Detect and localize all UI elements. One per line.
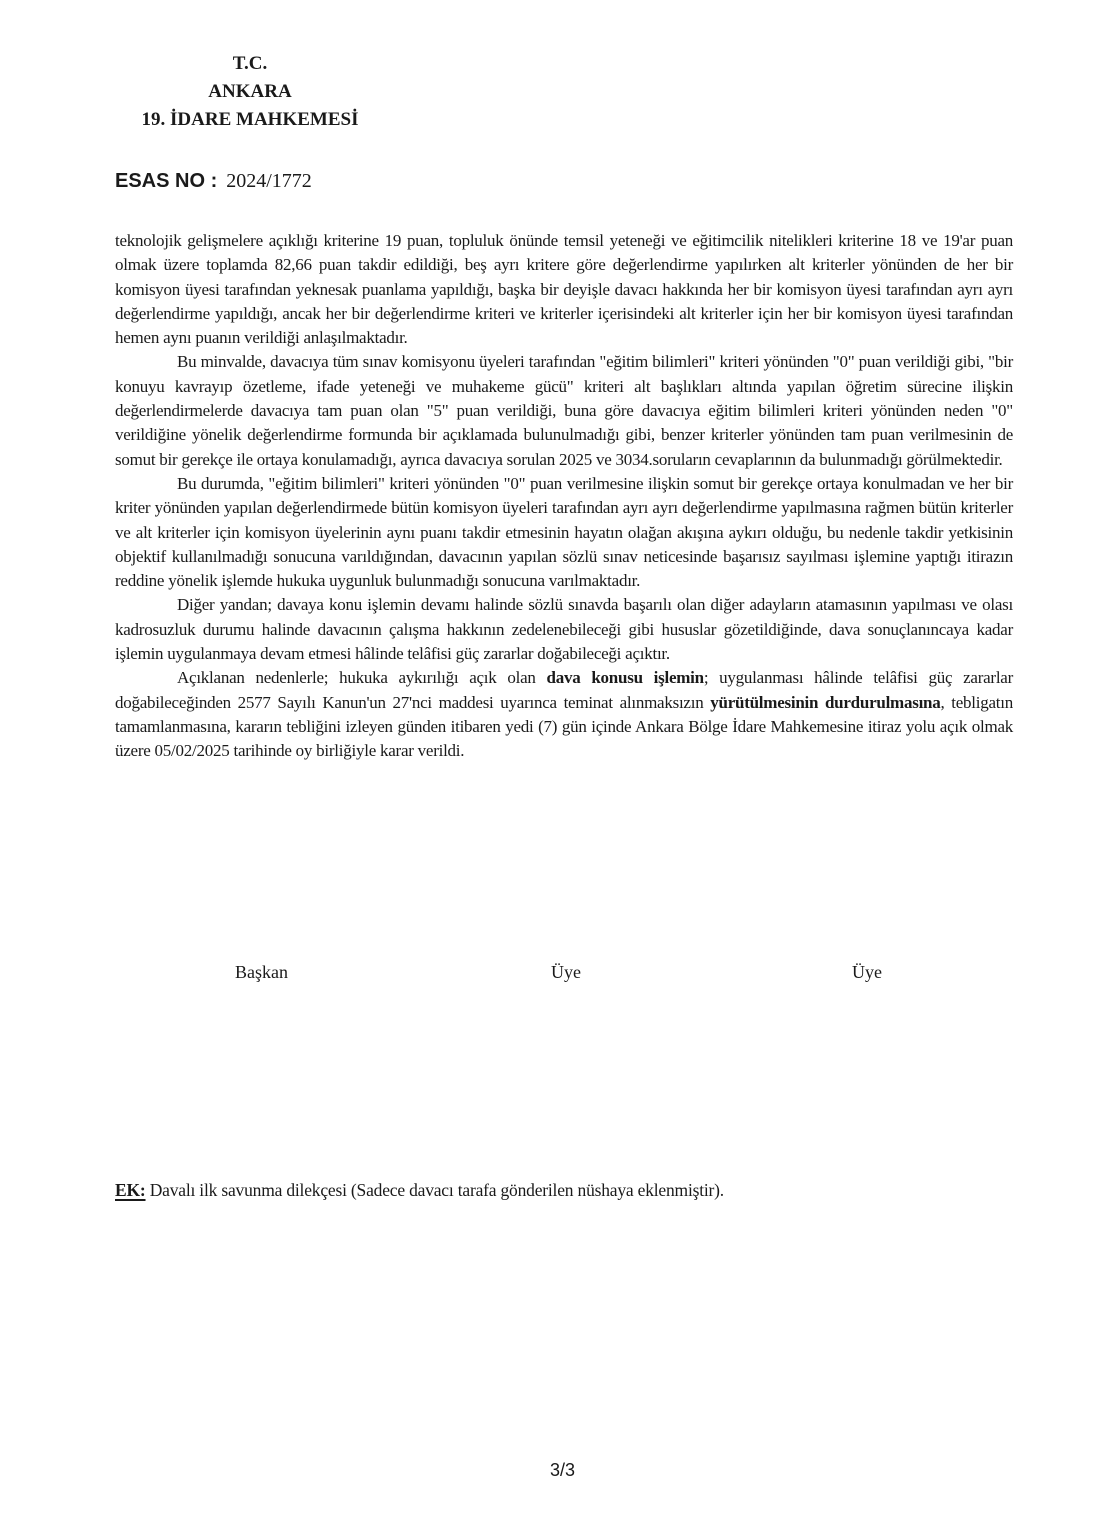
signature-president: Başkan — [235, 962, 288, 983]
case-number-label: ESAS NO : — [115, 170, 217, 192]
ruling-stay-bold: yürütülmesinin durdurulmasına — [710, 693, 940, 712]
ruling-subject-bold: dava konusu işlemin — [547, 668, 704, 687]
signature-member-1: Üye — [551, 962, 581, 983]
header-tc: T.C. — [110, 50, 390, 78]
header-court-name: 19. İDARE MAHKEMESİ — [110, 106, 390, 134]
paragraph-5-ruling: Açıklanan nedenlerle; hukuka aykırılığı … — [115, 666, 1013, 763]
paragraph-4: Diğer yandan; davaya konu işlemin devamı… — [115, 593, 1013, 666]
header-city: ANKARA — [110, 78, 390, 106]
annex-text: Davalı ilk savunma dilekçesi (Sadece dav… — [146, 1180, 724, 1200]
decision-body: teknolojik gelişmelere açıklığı kriterin… — [115, 229, 1013, 764]
paragraph-2: Bu minvalde, davacıya tüm sınav komisyon… — [115, 350, 1013, 471]
annex-label: EK: — [115, 1180, 146, 1200]
annex-note: EK: Davalı ilk savunma dilekçesi (Sadece… — [115, 1180, 724, 1201]
case-number: ESAS NO : 2024/1772 — [115, 170, 312, 193]
ruling-text-part1: Açıklanan nedenlerle; hukuka aykırılığı … — [177, 668, 547, 687]
case-number-value: 2024/1772 — [226, 170, 312, 192]
paragraph-1: teknolojik gelişmelere açıklığı kriterin… — [115, 229, 1013, 350]
signature-block: Başkan Üye Üye — [0, 962, 1112, 986]
page-number: 3/3 — [550, 1460, 575, 1481]
paragraph-3: Bu durumda, "eğitim bilimleri" kriteri y… — [115, 472, 1013, 593]
signature-member-2: Üye — [852, 962, 882, 983]
court-header: T.C. ANKARA 19. İDARE MAHKEMESİ — [110, 50, 390, 134]
